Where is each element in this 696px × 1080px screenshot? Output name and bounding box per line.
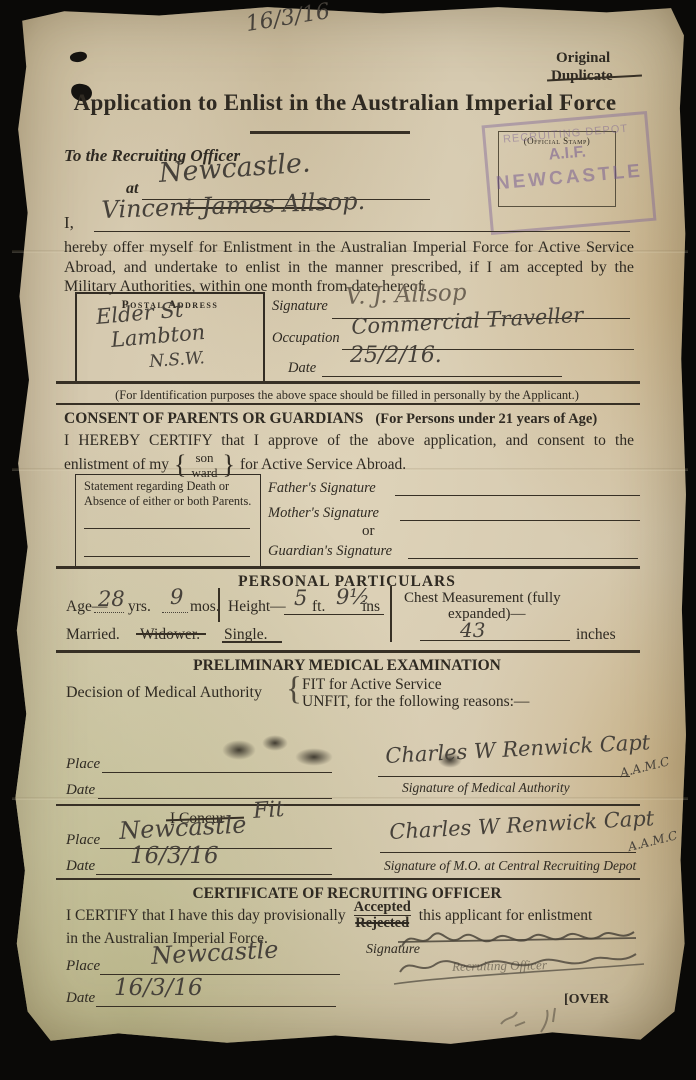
certificate-place-label: Place (66, 958, 100, 975)
height-line (284, 614, 384, 615)
consent-line2-pre: enlistment of my (64, 456, 169, 474)
date-underline-identity (322, 376, 562, 377)
concur-signature-line (380, 852, 636, 853)
fit-handwritten: Fit (252, 797, 285, 824)
certificate-date-line (96, 1006, 336, 1007)
concur-date-label: Date (66, 858, 95, 875)
consent-line2-post: for Active Service Abroad. (240, 456, 406, 474)
chest-line (420, 640, 570, 641)
address-line3: N.S.W. (149, 348, 206, 372)
decision-label: Decision of Medical Authority (66, 684, 262, 702)
occupation-label: Occupation (272, 330, 340, 347)
age-months-value: 9 (170, 585, 183, 609)
inches-label: inches (576, 626, 616, 644)
yrs-label: yrs. (128, 598, 151, 616)
certificate-line1-pre: I CERTIFY that I have this day provision… (66, 907, 346, 925)
date-value-identity: 25/2/16. (350, 343, 442, 368)
divider (390, 586, 392, 642)
consent-heading-note: (For Persons under 21 years of Age) (375, 411, 597, 427)
fit-line: FIT for Active Service (302, 676, 442, 694)
father-signature-label: Father's Signature (268, 480, 376, 497)
ink-smudge (222, 740, 256, 760)
height-feet-value: 5 (294, 586, 307, 610)
concur-place-label: Place (66, 832, 100, 849)
height-label: Height— (228, 598, 286, 616)
medical-signature-caption: Signature of Medical Authority (402, 780, 570, 796)
statement-blank-line (84, 528, 250, 529)
concur-signature-caption: Signature of M.O. at Central Recruiting … (384, 858, 636, 874)
signature-label: Signature (272, 298, 328, 315)
single-underline (222, 641, 282, 643)
unfit-line: UNFIT, for the following reasons:— (302, 693, 529, 711)
medical-place-line (102, 772, 332, 773)
concur-date-line (96, 874, 332, 875)
aif-newcastle-stamp: RECRUITING DEPOT A.I.F. NEWCASTLE (482, 111, 657, 235)
statement-box: Statement regarding Death or Absence of … (75, 474, 261, 568)
identification-note: (For Identification purposes the above s… (62, 388, 632, 403)
signature-value-handwritten: V. J. Allsop (345, 280, 467, 310)
section-rule (56, 650, 640, 653)
identity-bottom-rule (56, 381, 640, 384)
medical-date-line (98, 798, 332, 799)
age-years-line (94, 612, 124, 613)
divider (218, 588, 220, 622)
ink-smudge (262, 735, 288, 751)
chest-label-1: Chest Measurement (fully (404, 590, 561, 607)
mos-label: mos. (190, 598, 220, 616)
section-rule (56, 403, 640, 405)
certificate-date-label: Date (66, 990, 95, 1007)
medical-brace: { (286, 671, 302, 708)
guardian-signature-label: Guardian's Signature (268, 543, 392, 560)
widower-strike (136, 633, 206, 635)
consent-heading: CONSENT OF PARENTS OR GUARDIANS (64, 410, 363, 427)
or-label: or (362, 523, 375, 540)
medical-heading: PRELIMINARY MEDICAL EXAMINATION (62, 657, 632, 675)
statement-blank-line (84, 556, 250, 557)
section-rule (56, 804, 640, 806)
scanned-enlistment-form: { "page": { "annotation_date": "16/3/16"… (0, 0, 696, 1080)
father-signature-line (395, 495, 640, 496)
mother-signature-line (400, 520, 640, 521)
section-rule (56, 878, 640, 880)
original-label: Original (556, 50, 610, 67)
concur-date-value: 16/3/16 (130, 843, 219, 869)
accepted-label: Accepted (354, 900, 411, 916)
i-label: I, (64, 213, 74, 233)
chest-value: 43 (460, 618, 485, 642)
mother-signature-label: Mother's Signature (268, 505, 379, 522)
medical-signature-line (378, 776, 630, 777)
age-years-value: 28 (98, 587, 125, 611)
form-title: Application to Enlist in the Australian … (62, 90, 628, 116)
name-underline (94, 231, 630, 232)
widower-label: Widower. (140, 626, 200, 644)
medical-place-label: Place (66, 756, 100, 773)
ink-smudge (295, 748, 333, 766)
pencil-marks (495, 1006, 585, 1036)
married-label: Married. (66, 626, 120, 644)
statement-note: Statement regarding Death or Absence of … (76, 475, 260, 513)
guardian-signature-line (408, 558, 638, 559)
age-months-line (162, 612, 188, 613)
consent-heading-row: CONSENT OF PARENTS OR GUARDIANS (For Per… (64, 410, 597, 428)
title-rule (250, 131, 410, 134)
medical-date-label: Date (66, 782, 95, 799)
section-rule (56, 566, 640, 569)
date-label-identity: Date (288, 360, 316, 377)
consent-line1: I HEREBY CERTIFY that I approve of the a… (64, 432, 634, 450)
recruiting-officer-signature-scrawl (392, 942, 648, 990)
option-son: son (192, 450, 218, 465)
certificate-date-value: 16/3/16 (114, 975, 203, 1001)
